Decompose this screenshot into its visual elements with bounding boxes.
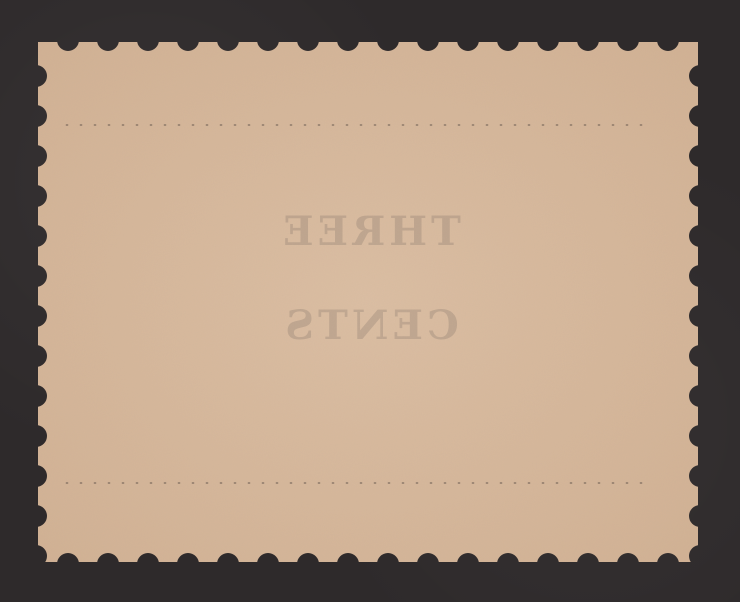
show-through-border-top [60, 124, 650, 126]
show-through-border-bottom [60, 482, 650, 484]
stamp-back [0, 0, 740, 602]
show-through-text-cents: CENTS [220, 302, 520, 349]
show-through-text-three: THREE [220, 208, 520, 255]
